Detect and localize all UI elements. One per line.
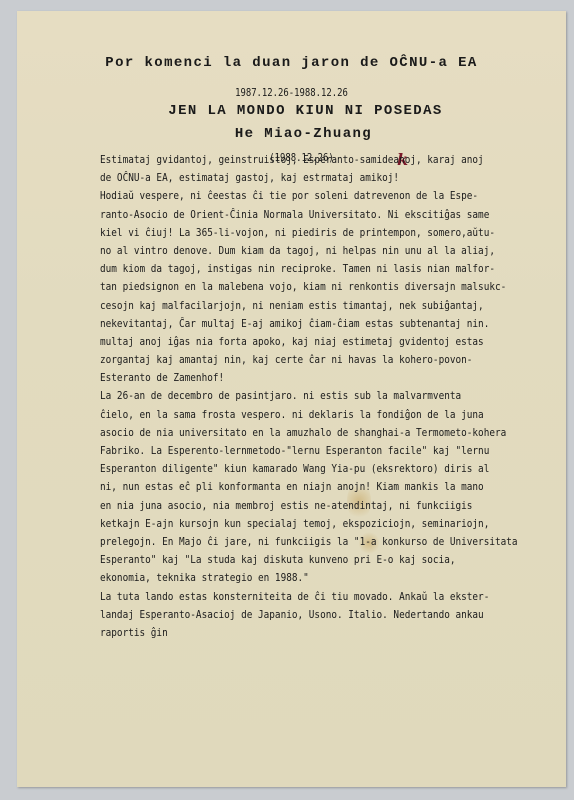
body-line: kiel vi ĉiuj! La 365-li-vojon, ni piedir…: [100, 225, 505, 243]
body-line: Hodiaŭ vespere, ni ĉeestas ĉi tie por so…: [100, 188, 505, 206]
body-line: cesojn kaj malfacilarjojn, ni neniam est…: [100, 298, 505, 316]
body-line: Esteranto de Zamenhof!: [100, 370, 505, 388]
body-line: ekonomia, teknika strategio en 1988.": [100, 570, 505, 588]
body-line: en nia juna asocio, nia membroj estis ne…: [100, 498, 505, 516]
body-line: La tuta lando estas konsterniteita de ĉi…: [100, 589, 505, 607]
body-line: Esperanto" kaj "La studa kaj diskuta kun…: [100, 552, 505, 570]
body-line: de OĈNU-a EA, estimataj gastoj, kaj estr…: [100, 170, 505, 188]
body-line: Fabriko. La Esperento-lernmetodo-"lernu …: [100, 443, 505, 461]
author-name: He Miao-Zhuang: [29, 126, 574, 142]
body-line: no al vintro denove. Dum kiam da tagoj, …: [100, 243, 505, 261]
body-line: nekevitantaj, Ĉar multaj E-aj amikoj ĉia…: [100, 316, 505, 334]
body-line: raportis ĝin: [100, 625, 505, 643]
body-line: zorgantaj kaj amantaj nin, kaj certe ĉar…: [100, 352, 505, 370]
body-line: ĉielo, en la sama frosta vespero. ni dek…: [100, 407, 505, 425]
body-line: asocio de nia universitato en la amuzhal…: [100, 425, 505, 443]
body-line: Estimataj gvidantoj, geinstruistoj, Espe…: [100, 152, 505, 170]
body-line: La 26-an de decembro de pasintjaro. ni e…: [100, 388, 505, 406]
document-title-line: Por komenci la duan jaron de OĈNU-a EA: [67, 55, 516, 71]
body-line: prelegojn. En Majo ĉi jare, ni funkciigi…: [100, 534, 505, 552]
body-line: tan piedsignon en la malebena vojo, kiam…: [100, 279, 505, 297]
date-range: 1987.12.26-1988.12.26: [58, 87, 525, 99]
body-line: Esperanton diligente" kiun kamarado Wang…: [100, 461, 505, 479]
body-line: ranto-Asocio de Orient-Ĉinia Normala Uni…: [100, 207, 505, 225]
body-line: dum kiom da tagoj, instigas nin reciprok…: [100, 261, 505, 279]
body-line: multaj anoj iĝas nia forta apoko, kaj ni…: [100, 334, 505, 352]
body-line: landaj Esperanto-Asacioj de Japanio, Uso…: [100, 607, 505, 625]
body-line: ketkajn E-ajn kursojn kun specialaj temo…: [100, 516, 505, 534]
body-line: ni, nun estas eĉ pli konformanta en niaj…: [100, 479, 505, 497]
headline: JEN LA MONDO KIUN NI POSEDAS: [31, 103, 574, 119]
speech-body: Estimataj gvidantoj, geinstruistoj, Espe…: [100, 152, 540, 643]
